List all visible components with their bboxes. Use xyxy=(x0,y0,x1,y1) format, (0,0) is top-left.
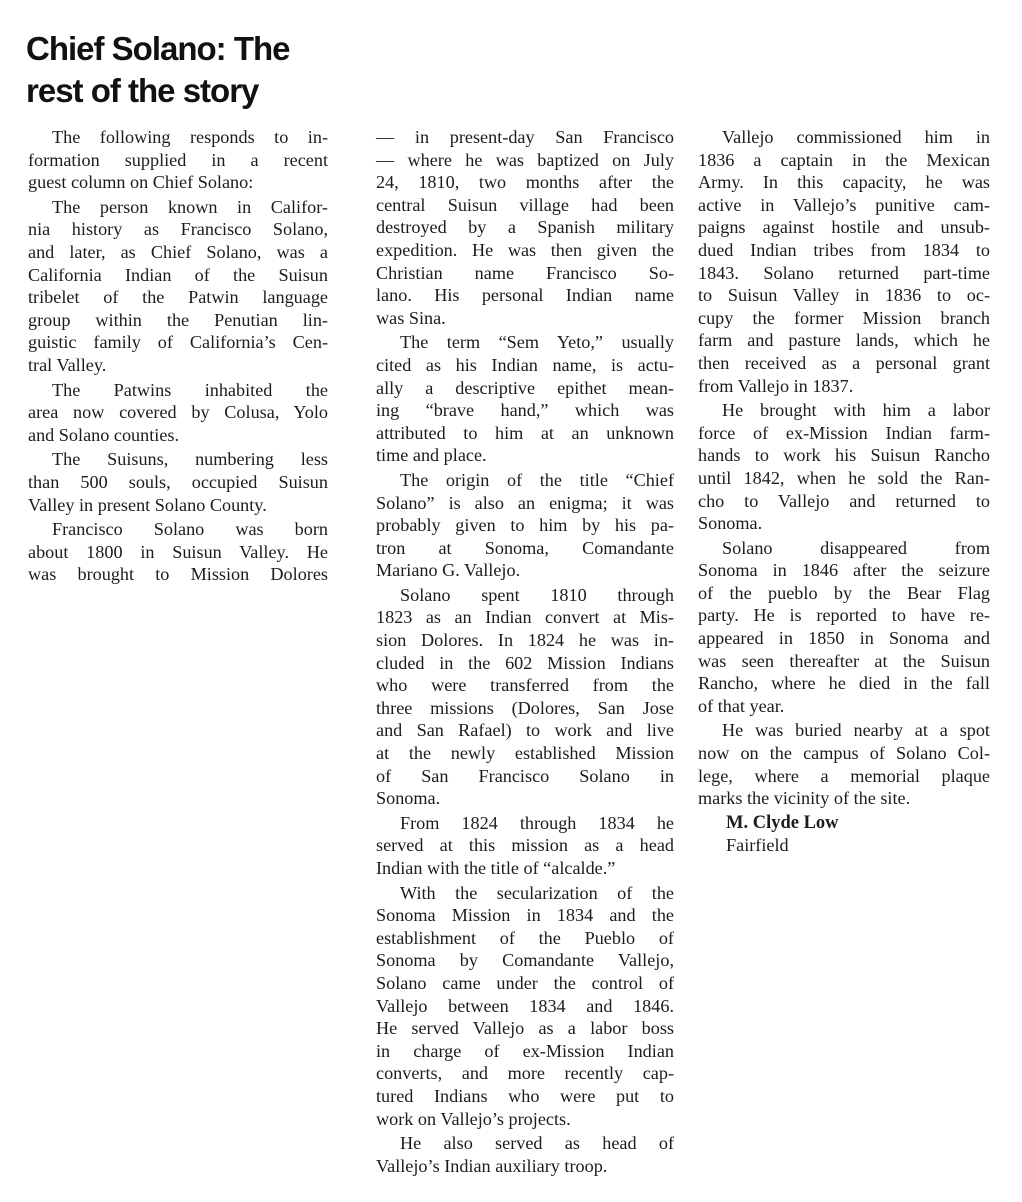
text-line: served at this mission as a head xyxy=(376,834,674,857)
paragraph: With the secularization of theSonoma Mis… xyxy=(376,882,674,1131)
text-line: work on Vallejo’s projects. xyxy=(376,1108,674,1131)
text-line: Sonoma. xyxy=(698,512,990,535)
paragraph: Solano disappeared fromSonoma in 1846 af… xyxy=(698,537,990,718)
text-line: With the secularization of the xyxy=(376,882,674,905)
text-line: Rancho, where he died in the fall xyxy=(698,672,990,695)
text-line: California Indian of the Suisun xyxy=(28,264,328,287)
text-line: Mariano G. Vallejo. xyxy=(376,559,674,582)
text-line: Army. In this capacity, he was xyxy=(698,171,990,194)
text-line: hands to work his Suisun Rancho xyxy=(698,444,990,467)
text-line: He was buried nearby at a spot xyxy=(698,719,990,742)
text-line: The term “Sem Yeto,” usually xyxy=(376,331,674,354)
text-line: time and place. xyxy=(376,444,674,467)
author-name: M. Clyde Low xyxy=(698,812,990,835)
paragraph: The Suisuns, numbering lessthan 500 soul… xyxy=(28,448,328,516)
author-location: Fairfield xyxy=(698,834,990,857)
text-line: ally a descriptive epithet mean- xyxy=(376,377,674,400)
text-line: Vallejo’s Indian auxiliary troop. xyxy=(376,1155,674,1178)
text-line: and San Rafael) to work and live xyxy=(376,719,674,742)
text-line: formation supplied in a recent xyxy=(28,149,328,172)
text-line: at the newly established Mission xyxy=(376,742,674,765)
text-line: Solano” is also an enigma; it was xyxy=(376,492,674,515)
text-line: active in Vallejo’s punitive cam- xyxy=(698,194,990,217)
paragraph: He was buried nearby at a spotnow on the… xyxy=(698,719,990,809)
text-line: Vallejo commissioned him in xyxy=(698,126,990,149)
text-line: destroyed by a Spanish military xyxy=(376,216,674,239)
column-3: Vallejo commissioned him in1836 a captai… xyxy=(698,126,990,857)
text-line: guistic family of California’s Cen- xyxy=(28,331,328,354)
text-line: was Sina. xyxy=(376,307,674,330)
text-line: was seen thereafter at the Suisun xyxy=(698,650,990,673)
text-line: dued Indian tribes from 1834 to xyxy=(698,239,990,262)
text-line: — in present-day San Francisco xyxy=(376,126,674,149)
text-line: cupy the former Mission branch xyxy=(698,307,990,330)
text-line: 1836 a captain in the Mexican xyxy=(698,149,990,172)
text-line: cho to Vallejo and returned to xyxy=(698,490,990,513)
text-line: The Suisuns, numbering less xyxy=(28,448,328,471)
text-line: of the pueblo by the Bear Flag xyxy=(698,582,990,605)
text-line: — where he was baptized on July xyxy=(376,149,674,172)
column-1: The following responds to in-formation s… xyxy=(28,126,328,588)
paragraph: He brought with him a laborforce of ex-M… xyxy=(698,399,990,535)
text-line: area now covered by Colusa, Yolo xyxy=(28,401,328,424)
text-line: in charge of ex-Mission Indian xyxy=(376,1040,674,1063)
text-line: Francisco Solano was born xyxy=(28,518,328,541)
text-line: guest column on Chief Solano: xyxy=(28,171,328,194)
text-line: expedition. He was then given the xyxy=(376,239,674,262)
column-2: — in present-day San Francisco— where he… xyxy=(376,126,674,1179)
text-line: Sonoma by Comandante Vallejo, xyxy=(376,949,674,972)
headline-line-1: Chief Solano: The xyxy=(26,28,346,70)
text-line: than 500 souls, occupied Suisun xyxy=(28,471,328,494)
paragraph: Vallejo commissioned him in1836 a captai… xyxy=(698,126,990,397)
text-line: tron at Sonoma, Comandante xyxy=(376,537,674,560)
headline-line-2: rest of the story xyxy=(26,70,346,112)
text-line: He brought with him a labor xyxy=(698,399,990,422)
text-line: three missions (Dolores, San Jose xyxy=(376,697,674,720)
text-line: of San Francisco Solano in xyxy=(376,765,674,788)
text-line: ing “brave hand,” which was xyxy=(376,399,674,422)
text-line: farm and pasture lands, which he xyxy=(698,329,990,352)
text-line: From 1824 through 1834 he xyxy=(376,812,674,835)
text-line: 1843. Solano returned part-time xyxy=(698,262,990,285)
text-line: lege, where a memorial plaque xyxy=(698,765,990,788)
text-line: Sonoma in 1846 after the seizure xyxy=(698,559,990,582)
text-line: nia history as Francisco Solano, xyxy=(28,218,328,241)
text-line: 24, 1810, two months after the xyxy=(376,171,674,194)
text-line: force of ex-Mission Indian farm- xyxy=(698,422,990,445)
text-line: Sonoma Mission in 1834 and the xyxy=(376,904,674,927)
text-line: Solano spent 1810 through xyxy=(376,584,674,607)
text-line: central Suisun village had been xyxy=(376,194,674,217)
paragraph: The origin of the title “ChiefSolano” is… xyxy=(376,469,674,582)
text-line: until 1842, when he sold the Ran- xyxy=(698,467,990,490)
headline: Chief Solano: The rest of the story xyxy=(26,28,346,112)
text-line: 1823 as an Indian convert at Mis- xyxy=(376,606,674,629)
text-line: Solano came under the control of xyxy=(376,972,674,995)
text-line: to Suisun Valley in 1836 to oc- xyxy=(698,284,990,307)
text-line: about 1800 in Suisun Valley. He xyxy=(28,541,328,564)
text-line: establishment of the Pueblo of xyxy=(376,927,674,950)
text-line: cluded in the 602 Mission Indians xyxy=(376,652,674,675)
text-line: attributed to him at an unknown xyxy=(376,422,674,445)
paragraph: The following responds to in-formation s… xyxy=(28,126,328,194)
text-line: and Solano counties. xyxy=(28,424,328,447)
text-line: Solano disappeared from xyxy=(698,537,990,560)
paragraph: The Patwins inhabited thearea now covere… xyxy=(28,379,328,447)
text-line: He also served as head of xyxy=(376,1132,674,1155)
text-line: The origin of the title “Chief xyxy=(376,469,674,492)
text-line: now on the campus of Solano Col- xyxy=(698,742,990,765)
text-line: The Patwins inhabited the xyxy=(28,379,328,402)
text-line: The person known in Califor- xyxy=(28,196,328,219)
text-line: probably given to him by his pa- xyxy=(376,514,674,537)
text-line: The following responds to in- xyxy=(28,126,328,149)
signature: M. Clyde Low Fairfield xyxy=(698,812,990,857)
text-line: who were transferred from the xyxy=(376,674,674,697)
text-line: appeared in 1850 in Sonoma and xyxy=(698,627,990,650)
paragraph: From 1824 through 1834 heserved at this … xyxy=(376,812,674,880)
text-line: from Vallejo in 1837. xyxy=(698,375,990,398)
text-line: Valley in present Solano County. xyxy=(28,494,328,517)
text-line: tribelet of the Patwin language xyxy=(28,286,328,309)
paragraph: The term “Sem Yeto,” usuallycited as his… xyxy=(376,331,674,467)
text-line: converts, and more recently cap- xyxy=(376,1062,674,1085)
text-line: of that year. xyxy=(698,695,990,718)
text-line: was brought to Mission Dolores xyxy=(28,563,328,586)
paragraph: — in present-day San Francisco— where he… xyxy=(376,126,674,329)
text-line: party. He is reported to have re- xyxy=(698,604,990,627)
text-line: paigns against hostile and unsub- xyxy=(698,216,990,239)
text-line: He served Vallejo as a labor boss xyxy=(376,1017,674,1040)
text-line: marks the vicinity of the site. xyxy=(698,787,990,810)
text-line: tured Indians who were put to xyxy=(376,1085,674,1108)
text-line: Vallejo between 1834 and 1846. xyxy=(376,995,674,1018)
text-line: group within the Penutian lin- xyxy=(28,309,328,332)
text-line: sion Dolores. In 1824 he was in- xyxy=(376,629,674,652)
paragraph: Solano spent 1810 through1823 as an Indi… xyxy=(376,584,674,810)
paragraph: He also served as head ofVallejo’s India… xyxy=(376,1132,674,1177)
paragraph: The person known in Califor-nia history … xyxy=(28,196,328,377)
text-line: Christian name Francisco So- xyxy=(376,262,674,285)
text-line: lano. His personal Indian name xyxy=(376,284,674,307)
text-line: Sonoma. xyxy=(376,787,674,810)
text-line: tral Valley. xyxy=(28,354,328,377)
text-line: Indian with the title of “alcalde.” xyxy=(376,857,674,880)
text-line: then received as a personal grant xyxy=(698,352,990,375)
text-line: and later, as Chief Solano, was a xyxy=(28,241,328,264)
text-line: cited as his Indian name, is actu- xyxy=(376,354,674,377)
paragraph: Francisco Solano was bornabout 1800 in S… xyxy=(28,518,328,586)
